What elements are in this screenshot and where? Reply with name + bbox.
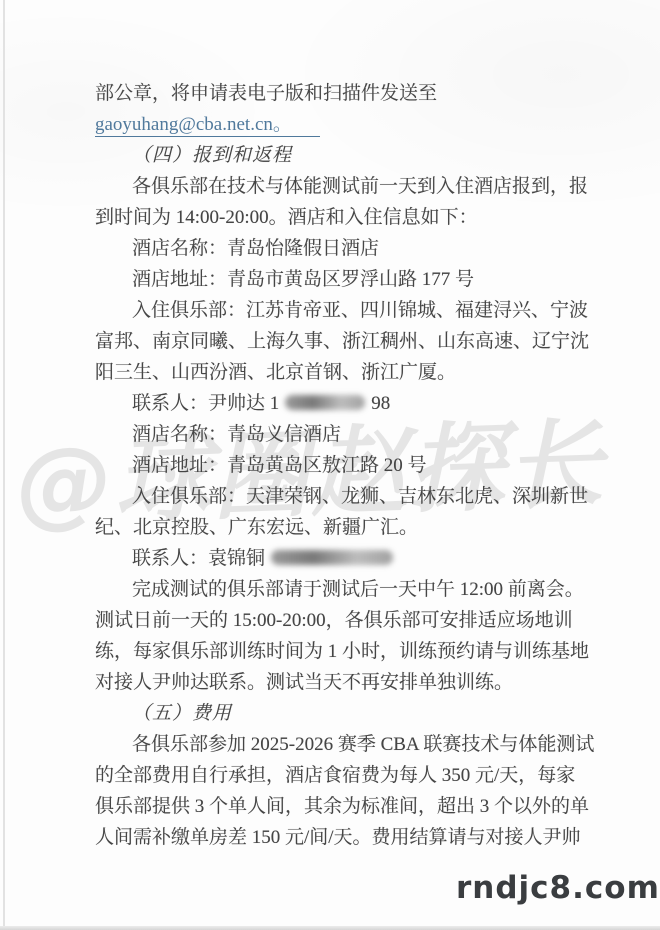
doc-text-segment: 各俱乐部参加 2025-2026 赛季 CBA 联赛技术与体能测试: [132, 734, 594, 755]
redacted-phone: [271, 550, 393, 565]
doc-line: （五）费用: [95, 698, 585, 729]
doc-line: 联系人：尹帅达 198: [95, 388, 585, 419]
page-bottom-edge: [0, 926, 660, 930]
doc-line: 纪、北京控股、广东宏远、新疆广汇。: [95, 512, 585, 543]
doc-line: 入住俱乐部：天津荣钢、龙狮、吉林东北虎、深圳新世: [95, 481, 585, 512]
doc-text-segment: 纪、北京控股、广东宏远、新疆广汇。: [95, 517, 418, 538]
doc-text-segment: 酒店名称：青岛怡隆假日酒店: [132, 238, 379, 259]
doc-line: 阳三生、山西汾酒、北京首钢、浙江广厦。: [95, 357, 585, 388]
doc-line: 练，每家俱乐部训练时间为 1 小时，训练预约请与训练基地: [95, 636, 585, 667]
doc-text-segment: 练，每家俱乐部训练时间为 1 小时，训练预约请与训练基地: [95, 641, 589, 662]
doc-line: 联系人：袁锦铜: [95, 543, 585, 574]
doc-text-segment: 酒店地址：青岛黄岛区敖江路 20 号: [132, 455, 427, 476]
doc-line: 完成测试的俱乐部请于测试后一天中午 12:00 前离会。: [95, 574, 585, 605]
doc-line: 入住俱乐部：江苏肯帝亚、四川锦城、福建浔兴、宁波: [95, 295, 585, 326]
doc-text-segment: 测试日前一天的 15:00-20:00，各俱乐部可安排适应场地训: [95, 610, 573, 631]
doc-text-segment: 对接人尹帅达联系。测试当天不再安排单独训练。: [95, 672, 513, 693]
doc-line: 到时间为 14:00-20:00。酒店和入住信息如下：: [95, 202, 585, 233]
doc-line: 酒店地址：青岛黄岛区敖江路 20 号: [95, 450, 585, 481]
doc-text-segment: 部公章，将申请表电子版和扫描件发送至: [95, 83, 437, 104]
doc-line: （四）报到和返程: [95, 140, 585, 171]
doc-line: 富邦、南京同曦、上海久事、浙江稠州、山东高速、辽宁沈: [95, 326, 585, 357]
doc-line: gaoyuhang@cba.net.cn。: [95, 109, 585, 140]
doc-text-segment: 阳三生、山西汾酒、北京首钢、浙江广厦。: [95, 362, 456, 383]
doc-text-segment: 酒店地址：青岛市黄岛区罗浮山路 177 号: [132, 269, 474, 290]
doc-text-segment: 俱乐部提供 3 个单人间，其余为标准间，超出 3 个以外的单: [95, 796, 589, 817]
doc-line: 的全部费用自行承担，酒店食宿费为每人 350 元/天，每家: [95, 760, 585, 791]
doc-line: 测试日前一天的 15:00-20:00，各俱乐部可安排适应场地训: [95, 605, 585, 636]
doc-text-segment: 完成测试的俱乐部请于测试后一天中午 12:00 前离会。: [132, 579, 584, 600]
doc-text-segment: 联系人：袁锦铜: [132, 548, 265, 569]
doc-line: 酒店名称：青岛怡隆假日酒店: [95, 233, 585, 264]
doc-text-segment: 酒店名称：青岛义信酒店: [132, 424, 341, 445]
doc-text-segment: 的全部费用自行承担，酒店食宿费为每人 350 元/天，每家: [95, 765, 575, 786]
doc-text-segment: （五）费用: [132, 703, 232, 724]
document-page: { "document": { "lines": [ {"indent": fa…: [0, 0, 660, 930]
doc-line: 酒店名称：青岛义信酒店: [95, 419, 585, 450]
doc-text-segment: 人间需补缴单房差 150 元/间/天。费用结算请与对接人尹帅: [95, 827, 581, 848]
doc-line: 酒店地址：青岛市黄岛区罗浮山路 177 号: [95, 264, 585, 295]
doc-text-segment: 联系人：尹帅达 1: [132, 393, 279, 414]
doc-text-segment: 入住俱乐部：江苏肯帝亚、四川锦城、福建浔兴、宁波: [132, 300, 588, 321]
doc-line: 俱乐部提供 3 个单人间，其余为标准间，超出 3 个以外的单: [95, 791, 585, 822]
doc-text-segment: 到时间为 14:00-20:00。酒店和入住信息如下：: [95, 207, 478, 228]
doc-line: 对接人尹帅达联系。测试当天不再安排单独训练。: [95, 667, 585, 698]
doc-text-segment: （四）报到和返程: [132, 145, 292, 166]
page-left-edge: [3, 0, 5, 930]
doc-text-segment: 入住俱乐部：天津荣钢、龙狮、吉林东北虎、深圳新世: [132, 486, 588, 507]
doc-line: 部公章，将申请表电子版和扫描件发送至: [95, 78, 585, 109]
doc-text-segment: 98: [371, 393, 390, 414]
email-link[interactable]: gaoyuhang@cba.net.cn。: [95, 113, 320, 137]
doc-line: 各俱乐部在技术与体能测试前一天到入住酒店报到，报: [95, 171, 585, 202]
redacted-phone: [285, 395, 365, 410]
document-body: 部公章，将申请表电子版和扫描件发送至gaoyuhang@cba.net.cn。（…: [95, 78, 585, 853]
site-watermark: rndjc8.com: [456, 870, 660, 906]
doc-line: 人间需补缴单房差 150 元/间/天。费用结算请与对接人尹帅: [95, 822, 585, 853]
doc-line: 各俱乐部参加 2025-2026 赛季 CBA 联赛技术与体能测试: [95, 729, 585, 760]
doc-text-segment: 各俱乐部在技术与体能测试前一天到入住酒店报到，报: [132, 176, 588, 197]
doc-text-segment: 富邦、南京同曦、上海久事、浙江稠州、山东高速、辽宁沈: [95, 331, 589, 352]
